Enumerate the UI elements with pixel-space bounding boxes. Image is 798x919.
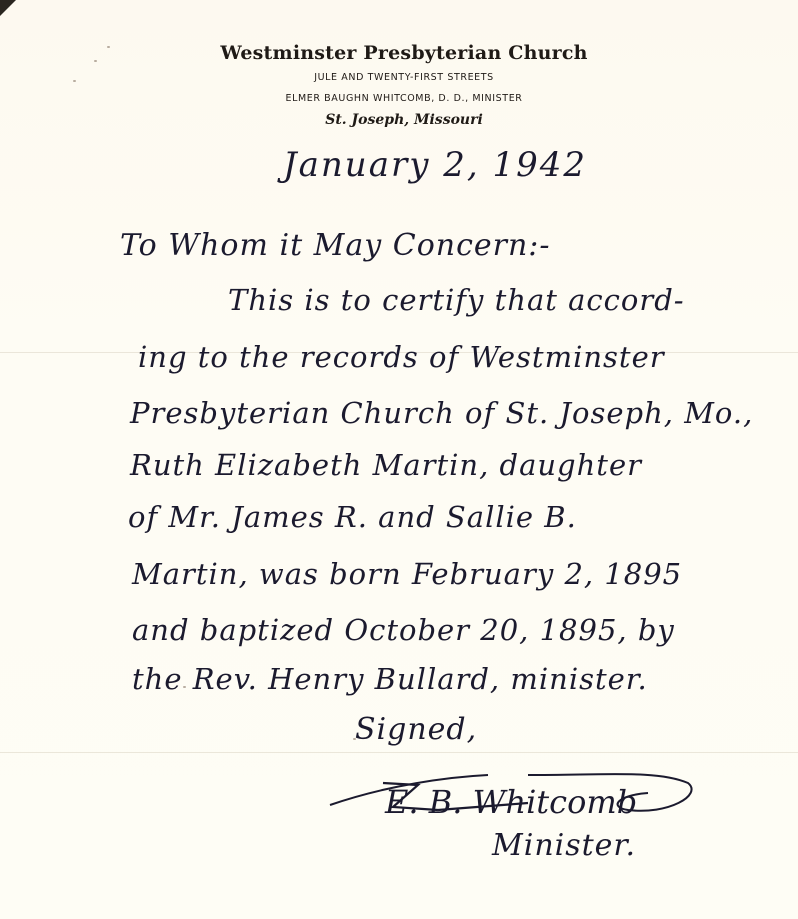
body-line: Martin, was born February 2, 1895 [132,557,682,591]
body-line: and baptized October 20, 1895, by [132,613,675,647]
body-line: of Mr. James R. and Sallie B. [128,500,577,534]
church-minister: ELMER BAUGHN WHITCOMB, D. D., MINISTER [10,93,798,104]
body-line: ing to the records of Westminster [138,340,665,374]
closing: Signed, [355,712,477,747]
church-name: Westminster Presbyterian Church [10,42,798,64]
letterhead: Westminster Presbyterian Church JULE AND… [0,42,798,128]
signer-title: Minister. [492,828,636,863]
body-line: Presbyterian Church of St. Joseph, Mo., [130,396,753,430]
church-city: St. Joseph, Missouri [10,112,798,128]
salutation: To Whom it May Concern:- [120,228,551,263]
signature-name: E. B. Whitcomb [385,783,637,821]
body-line: the Rev. Henry Bullard, minister. [132,662,648,696]
scanned-letter: Westminster Presbyterian Church JULE AND… [0,0,798,919]
church-address: JULE AND TWENTY-FIRST STREETS [10,72,798,83]
body-line: Ruth Elizabeth Martin, daughter [130,448,642,482]
letter-date: January 2, 1942 [283,145,587,185]
body-line: This is to certify that accord- [228,283,685,317]
paper-corner [0,0,16,16]
fold-line [0,752,798,753]
